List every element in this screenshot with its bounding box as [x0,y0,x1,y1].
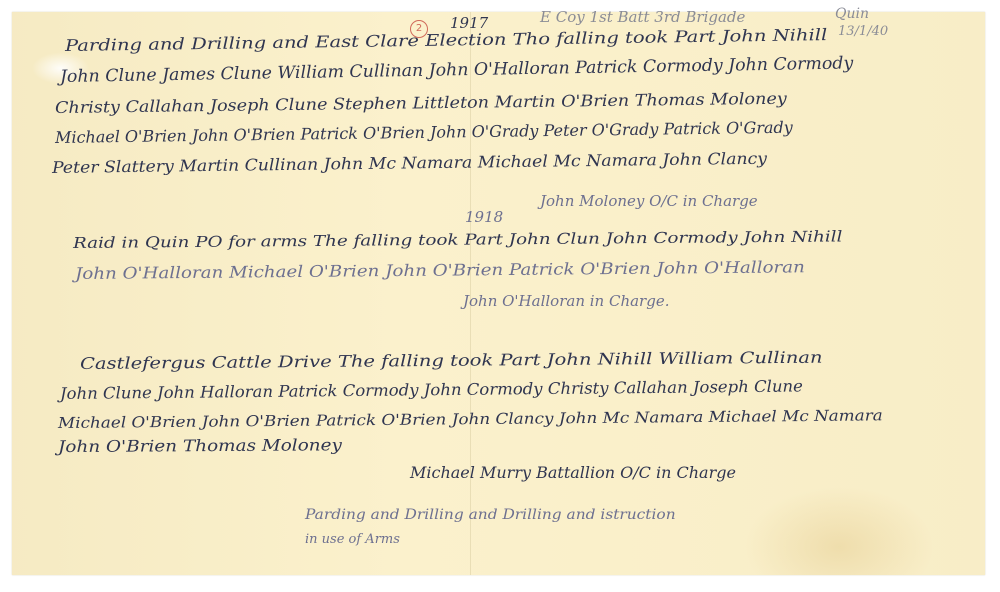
section-signature: John O'Halloran in Charge. [463,292,669,310]
footer-line: in use of Arms [305,532,400,547]
footer-line: Parding and Drilling and Drilling and is… [305,507,676,523]
pencil-place: Quin [835,6,869,22]
pencil-date: 13/1/40 [838,24,888,39]
entry-line: John O'Brien Thomas Moloney [58,435,342,456]
pencil-header: E Coy 1st Batt 3rd Brigade [540,8,745,26]
section-signature: Michael Murry Battallion O/C in Charge [410,463,736,482]
section-year-1918: 1918 [465,208,503,226]
section-signature: John Moloney O/C in Charge [540,192,758,210]
